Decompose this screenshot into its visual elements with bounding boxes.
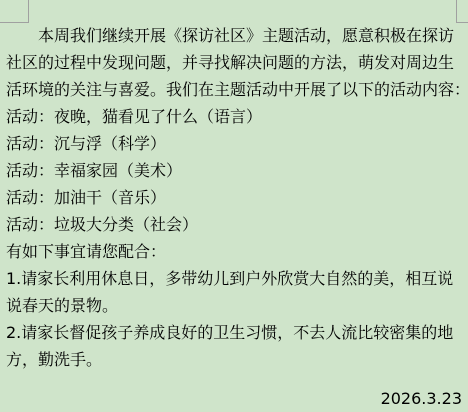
page-canvas: 本周我们继续开展《探访社区》主题活动，愿意积极在探访社区的过程中发现问题，并寻找… (0, 0, 468, 412)
text-line: 方，勤洗手。 (6, 346, 462, 373)
text-line: 1.请家长利用休息日，多带幼儿到户外欣赏大自然的美，相互说 (6, 265, 462, 292)
text-line: 活动：幸福家园（美术） (6, 157, 462, 184)
text-line: 活动：夜晚，猫看见了什么（语言） (6, 103, 462, 130)
text-line: 活动：加油干（音乐） (6, 184, 462, 211)
document-body[interactable]: 本周我们继续开展《探访社区》主题活动，愿意积极在探访社区的过程中发现问题，并寻找… (0, 0, 468, 412)
text-line: 活动：垃圾大分类（社会） (6, 211, 462, 238)
text-line: 活动：沉与浮（科学） (6, 130, 462, 157)
text-line: 2.请家长督促孩子养成良好的卫生习惯，不去人流比较密集的地 (6, 319, 462, 346)
text-line: 社区的过程中发现问题，并寻找解决问题的方法，萌发对周边生 (6, 49, 462, 76)
text-line: 2026.3.23 (6, 385, 462, 412)
text-line: 活环境的关注与喜爱。我们在主题活动中开展了以下的活动内容： (6, 76, 462, 103)
text-line: 说春天的景物。 (6, 292, 462, 319)
text-line: 有如下事宜请您配合： (6, 238, 462, 265)
text-line: 本周我们继续开展《探访社区》主题活动，愿意积极在探访 (6, 22, 462, 49)
